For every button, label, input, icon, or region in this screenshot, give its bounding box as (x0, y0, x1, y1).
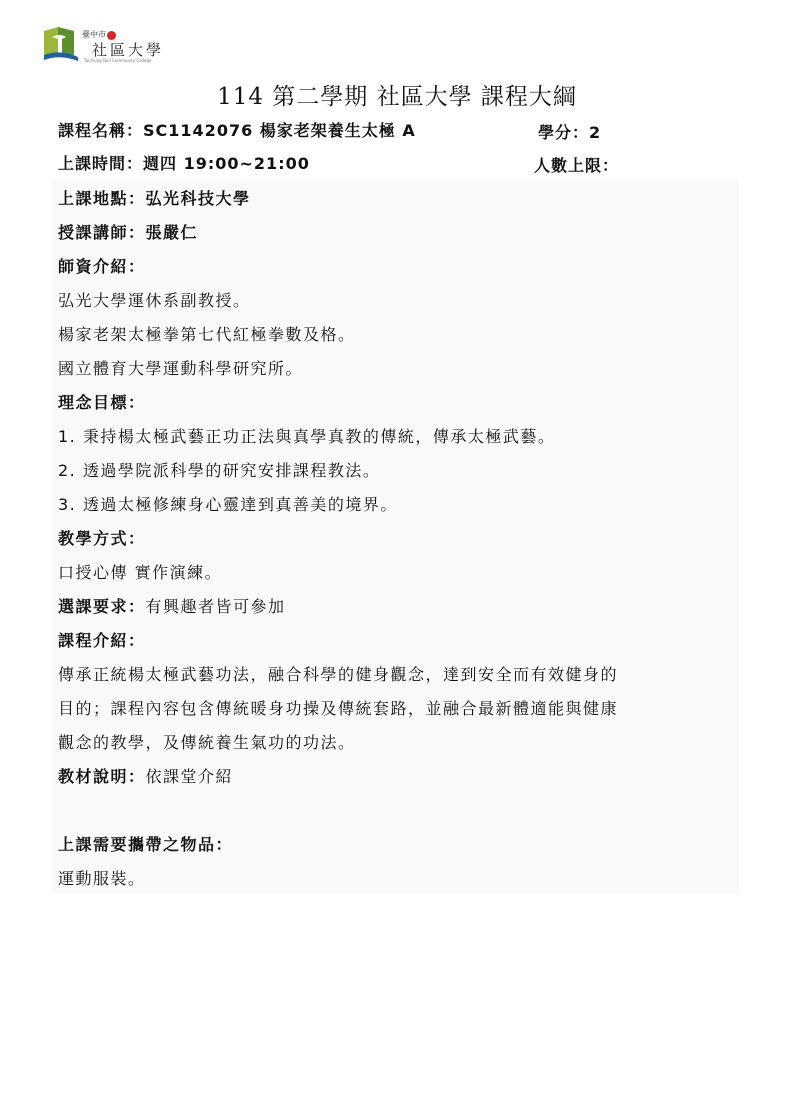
intro-line: 觀念的教學，及傳統養生氣功的功法。 (58, 732, 356, 754)
goal-item: 3. 透過太極修練身心靈達到真善美的境界。 (58, 494, 398, 516)
class-time-row: 上課時間：週四 19:00~21:00 (58, 153, 310, 175)
intro-heading: 課程介紹： (58, 630, 146, 652)
requirement-label: 選課要求： (58, 597, 146, 616)
bring-items-value: 運動服裝。 (58, 868, 146, 890)
credits-label: 學分： (538, 123, 589, 142)
college-logo: 臺中市 社區大學 Taichung Dali Community College (44, 27, 172, 67)
bio-line: 弘光大學運休系副教授。 (58, 290, 251, 312)
course-name-value: SC1142076 楊家老架養生太極 A (143, 121, 416, 140)
requirement-value: 有興趣者皆可參加 (146, 597, 286, 616)
bring-items-heading: 上課需要攜帶之物品： (58, 834, 233, 856)
materials-row: 教材說明：依課堂介紹 (58, 766, 233, 788)
location-label: 上課地點： (58, 189, 146, 208)
location-row: 上課地點：弘光科技大學 (58, 188, 251, 210)
instructor-value: 張嚴仁 (146, 223, 199, 242)
logo-college-name: 社區大學 (92, 39, 164, 60)
book-logo-icon (44, 27, 78, 61)
bio-line: 楊家老架太極拳第七代紅極拳數及格。 (58, 324, 356, 346)
class-time-value: 週四 19:00~21:00 (143, 154, 310, 173)
goal-item: 1. 秉持楊太極武藝正功正法與真學真教的傳統，傳承太極武藝。 (58, 426, 555, 448)
instructor-row: 授課講師：張嚴仁 (58, 222, 198, 244)
location-value: 弘光科技大學 (146, 189, 251, 208)
intro-line: 目的；課程內容包含傳統暖身功操及傳統套路，並融合最新體適能與健康 (58, 698, 618, 720)
capacity-field: 人數上限： (534, 153, 619, 176)
course-name-row: 課程名稱：SC1142076 楊家老架養生太極 A (58, 120, 416, 142)
bio-line: 國立體育大學運動科學研究所。 (58, 358, 303, 380)
method-heading: 教學方式： (58, 528, 146, 550)
goals-heading: 理念目標： (58, 392, 146, 414)
bio-heading: 師資介紹： (58, 256, 146, 278)
page-title: 114 第二學期 社區大學 課程大綱 (0, 78, 794, 111)
materials-label: 教材說明： (58, 767, 146, 786)
class-time-label: 上課時間： (58, 154, 143, 173)
logo-subtitle: Taichung Dali Community College (84, 58, 151, 63)
requirement-row: 選課要求：有興趣者皆可參加 (58, 596, 286, 618)
course-name-label: 課程名稱： (58, 121, 143, 140)
capacity-label: 人數上限： (534, 156, 619, 175)
materials-value: 依課堂介紹 (146, 767, 234, 786)
credits-value: 2 (589, 123, 601, 142)
credits-field: 學分：2 (538, 120, 601, 143)
goal-item: 2. 透過學院派科學的研究安排課程教法。 (58, 460, 380, 482)
method-value: 口授心傳 實作演練。 (58, 562, 222, 584)
instructor-label: 授課講師： (58, 223, 146, 242)
intro-line: 傳承正統楊太極武藝功法，融合科學的健身觀念，達到安全而有效健身的 (58, 664, 618, 686)
